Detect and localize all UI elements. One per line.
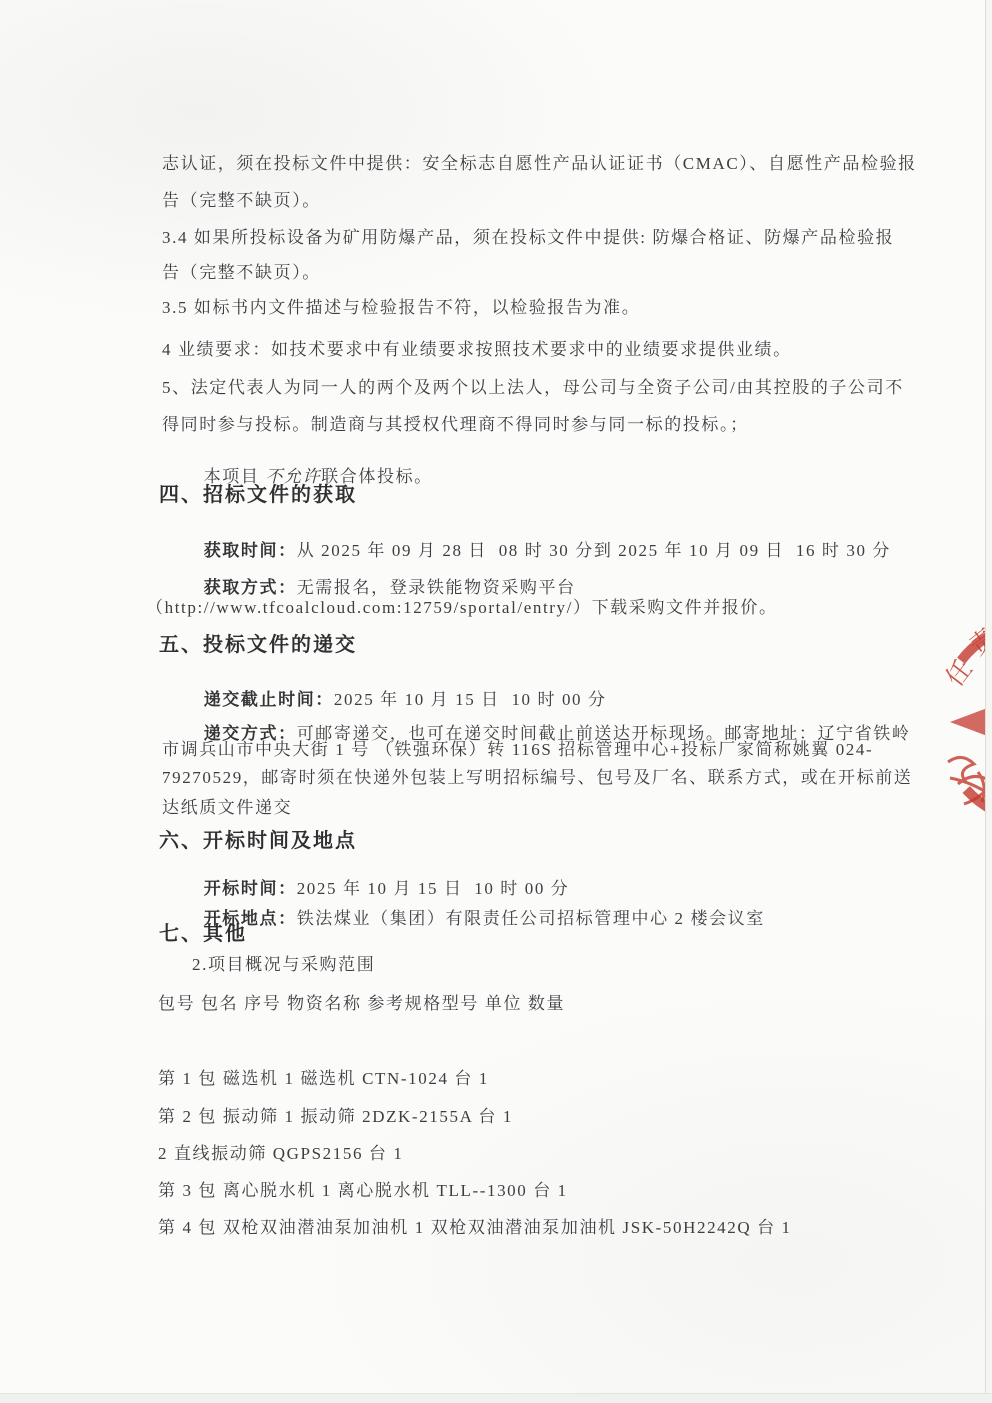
field-label: 获取时间： [204, 541, 297, 560]
package-1-row: 第 1 包 磁选机 1 磁选机 CTN-1024 台 1 [158, 1070, 489, 1087]
field-value: 无需报名，登录铁能物资采购平台 [297, 578, 576, 597]
section-6-heading: 六、开标时间及地点 [159, 831, 357, 851]
field-value: 铁法煤业（集团）有限责任公司招标管理中心 2 楼会议室 [297, 909, 765, 928]
field-label: 获取方式： [204, 578, 297, 597]
field-value: 2025 年 10 月 15 日 10 时 00 分 [334, 690, 607, 709]
section-4-heading: 四、招标文件的获取 [159, 485, 357, 505]
obtain-method-line: 获取方式：无需报名，登录铁能物资采购平台 [192, 562, 576, 596]
open-place-line: 开标地点：铁法煤业（集团）有限责任公司招标管理中心 2 楼会议室 [192, 893, 765, 927]
clause-3-4-line: 3.4 如果所投标设备为矿用防爆产品，须在投标文件中提供: 防爆合格证、防爆产品… [162, 229, 894, 246]
body-line: 达纸质文件递交 [162, 799, 292, 816]
clause-5-line: 5、法定代表人为同一人的两个及两个以上法人，母公司与全资子公司/由其控股的子公司… [162, 379, 904, 396]
package-2-item-2-row: 2 直线振动筛 QGPS2156 台 1 [158, 1145, 403, 1162]
clause-3-5-line: 3.5 如标书内文件描述与检验报告不符，以检验报告为准。 [162, 299, 640, 316]
field-value: 从 2025 年 09 月 28 日 08 时 30 分到 2025 年 10 … [297, 541, 891, 560]
open-time-line: 开标时间：2025 年 10 月 15 日 10 时 00 分 [192, 863, 569, 897]
submit-method-line: 递交方式：可邮寄递交，也可在递交时间截止前送达开标现场。邮寄地址：辽宁省铁岭 [192, 708, 911, 742]
table-header-line: 包号 包名 序号 物资名称 参考规格型号 单位 数量 [158, 995, 565, 1012]
scan-edge-bottom [0, 1393, 992, 1403]
body-line: 志认证，须在投标文件中提供：安全标志自愿性产品认证证书（CMAC）、自愿性产品检… [162, 155, 917, 172]
section-7-heading: 七、其他 [159, 924, 247, 944]
obtain-time-line: 获取时间：从 2025 年 09 月 28 日 08 时 30 分到 2025 … [192, 525, 891, 559]
body-line: 得同时参与投标。制造商与其授权代理商不得同时参与同一标的投标。； [162, 416, 749, 433]
body-line: 告（完整不缺页）。 [162, 192, 321, 209]
deadline-line: 递交截止时间：2025 年 10 月 15 日 10 时 00 分 [192, 674, 607, 708]
scope-line: 2.项目概况与采购范围 [192, 956, 375, 973]
body-line: 告（完整不缺页）。 [162, 264, 321, 281]
phone-line: 79270529，邮寄时须在快递外包装上写明招标编号、包号及厂名、联系方式，或在… [162, 769, 912, 786]
red-seal-stamp: 责 任 [938, 612, 992, 834]
clause-4-line: 4 业绩要求：如技术要求中有业绩要求按照技术要求中的业绩要求提供业绩。 [162, 341, 792, 358]
section-5-heading: 五、投标文件的递交 [159, 635, 357, 655]
address-line: 市调兵山市中央大街 1 号 （铁强环保）转 116S 招标管理中心+投标厂家简称… [162, 741, 873, 758]
no-consortium-line: 本项目 不允许联合体投标。 [192, 451, 433, 485]
portal-url-line: （http://www.tfcoalcloud.com:12759/sporta… [146, 599, 778, 616]
package-2-row: 第 2 包 振动筛 1 振动筛 2DZK-2155A 台 1 [158, 1108, 513, 1125]
package-3-row: 第 3 包 离心脱水机 1 离心脱水机 TLL--1300 台 1 [158, 1182, 568, 1199]
scan-edge-strip [986, 0, 992, 1403]
package-4-row: 第 4 包 双枪双油潜油泵加油机 1 双枪双油潜油泵加油机 JSK-50H224… [158, 1219, 792, 1236]
seal-text-fragment: 任 [941, 655, 978, 692]
field-label: 递交截止时间： [204, 690, 334, 709]
